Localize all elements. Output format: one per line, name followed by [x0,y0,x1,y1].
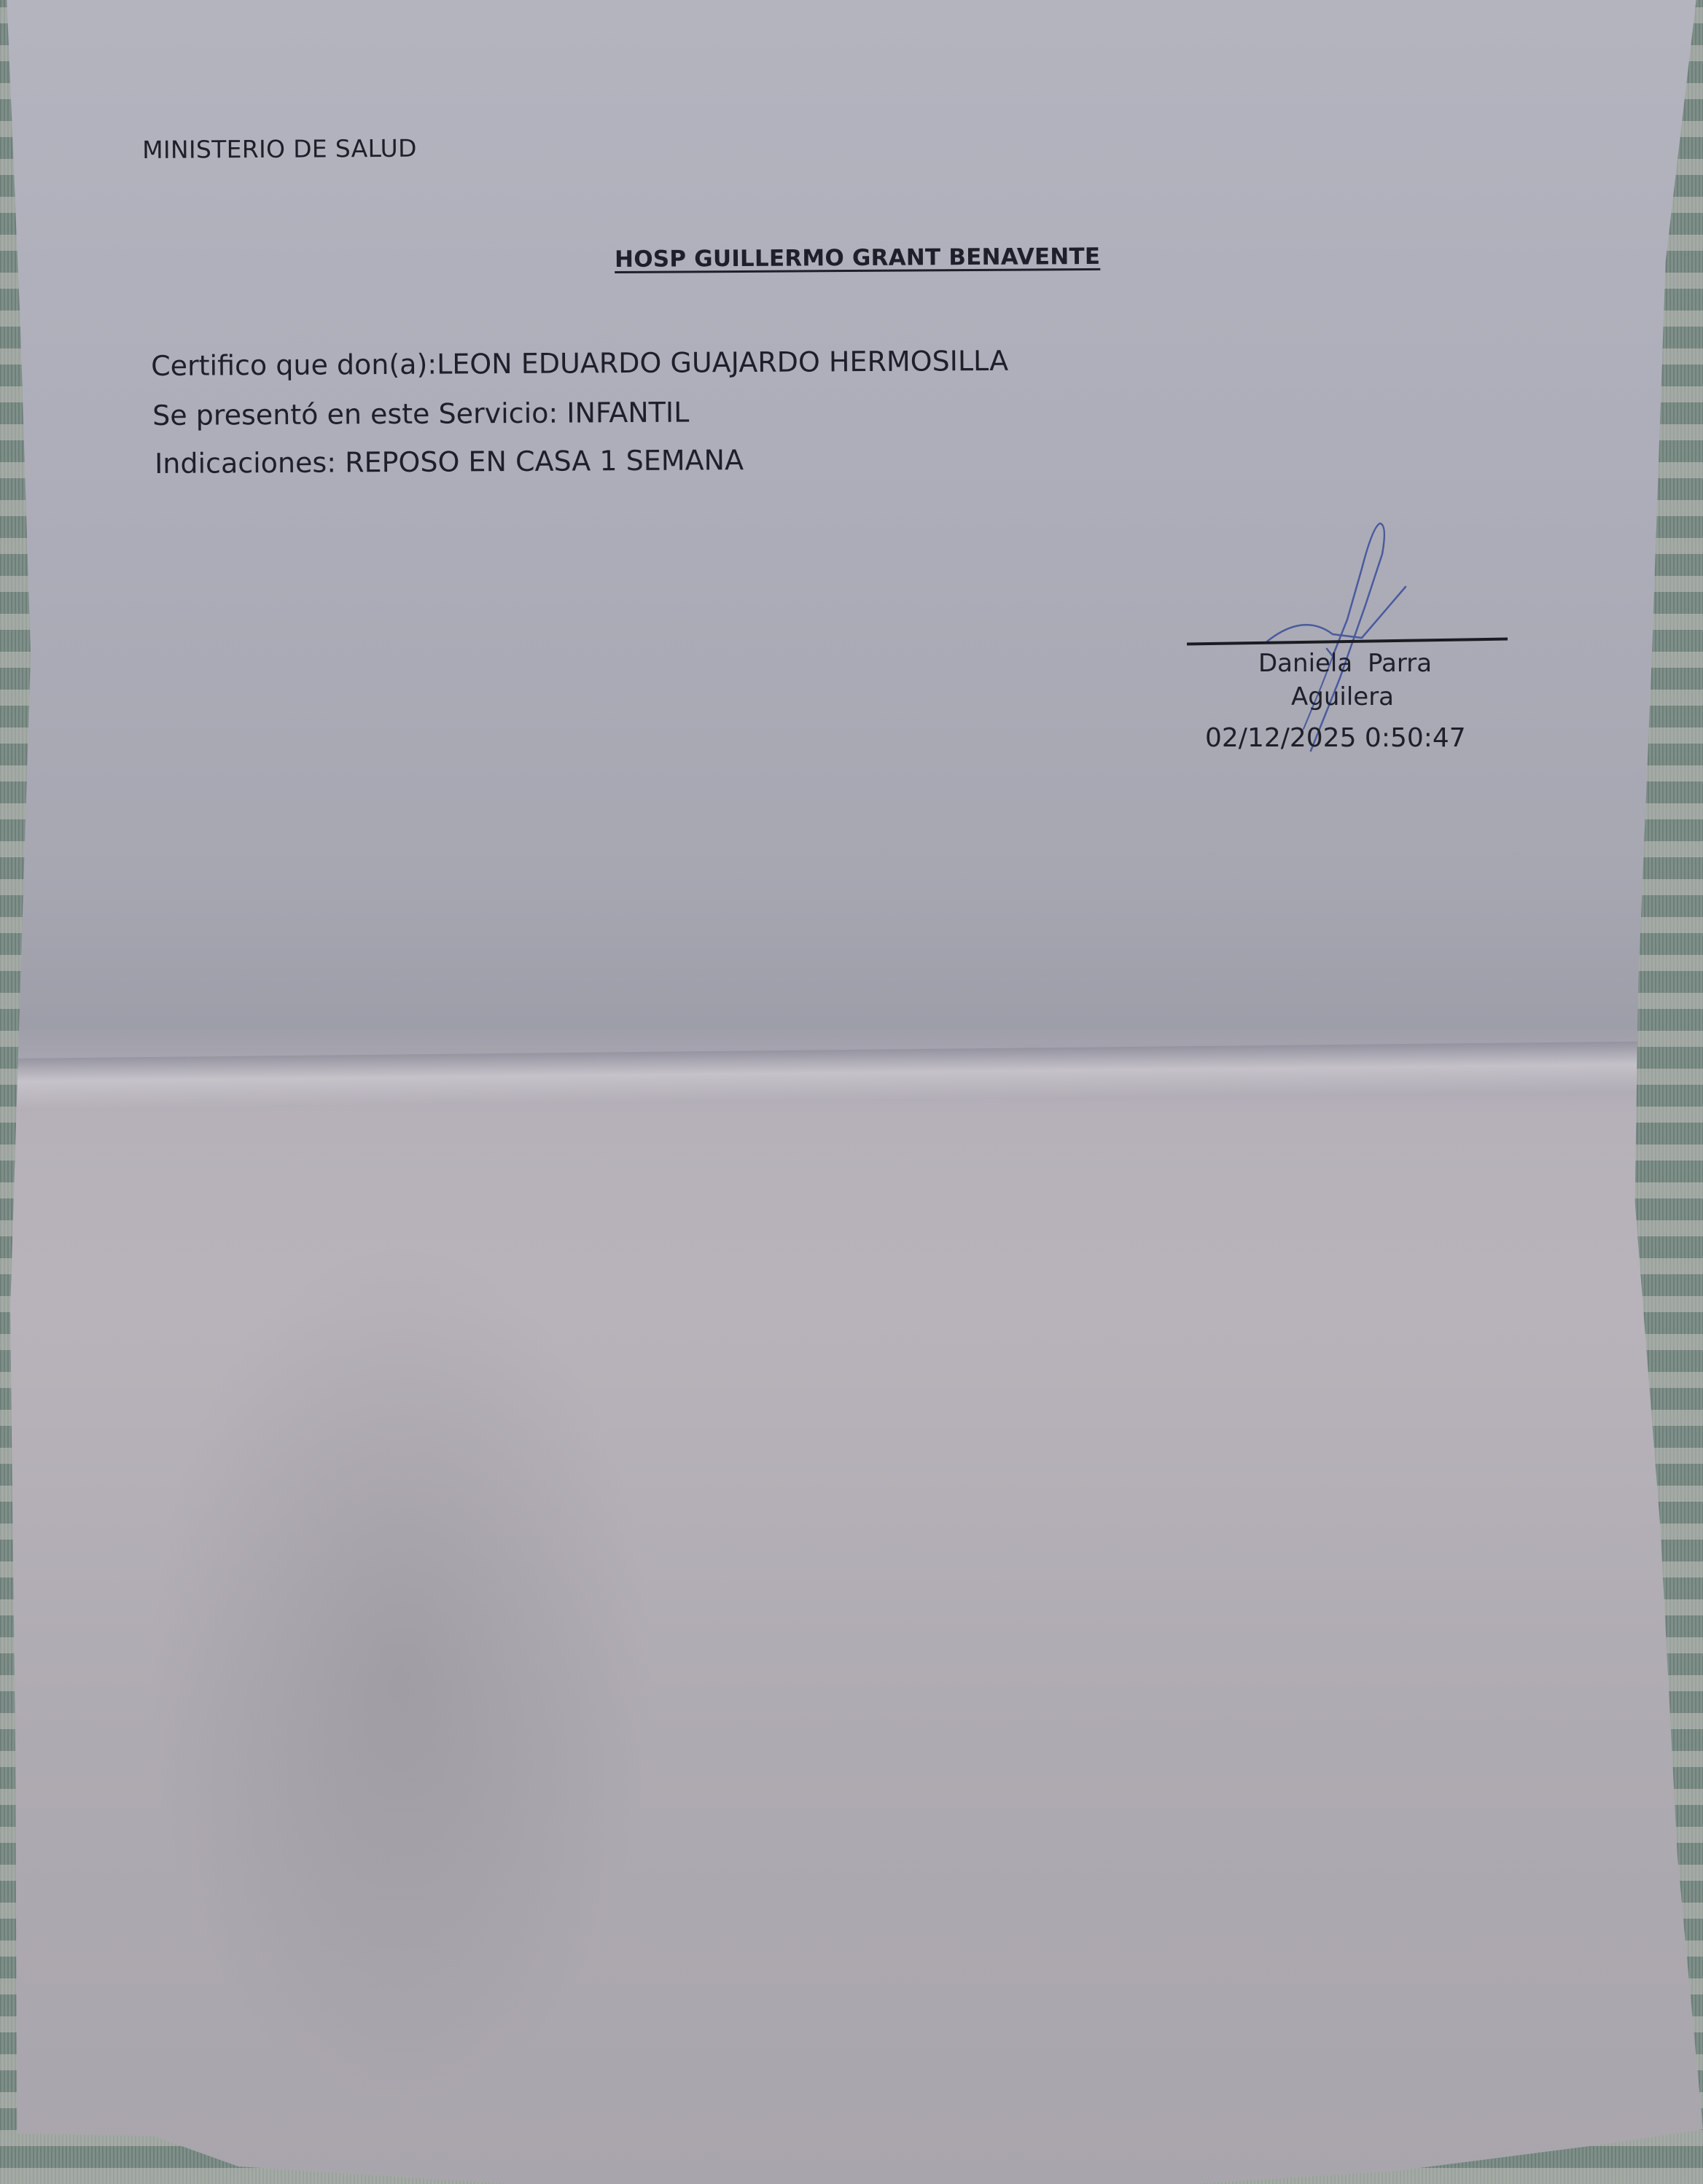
indications-value: REPOSO EN CASA 1 SEMANA [345,444,744,478]
signature-block: Daniela Parra Aguilera 02/12/2025 0:50:4… [1187,510,1508,780]
signature-datetime: 02/12/2025 0:50:47 [1205,723,1466,753]
signer-surname: Aguilera [1291,682,1394,711]
ministry-header: MINISTERIO DE SALUD [142,134,417,164]
patient-name: LEON EDUARDO GUAJARDO HERMOSILLA [437,345,1008,381]
indications-label: Indicaciones: [155,446,345,480]
certificate-paper [0,0,1703,2184]
signer-name: Daniela Parra [1258,649,1432,678]
certification-line: Certifico que don(a):LEON EDUARDO GUAJAR… [151,345,1008,382]
certifies-label: Certifico que don(a): [151,348,437,382]
indications-line: Indicaciones: REPOSO EN CASA 1 SEMANA [155,444,744,480]
service-value: INFANTIL [566,397,689,429]
hospital-title: HOSP GUILLERMO GRANT BENAVENTE [615,243,1100,273]
service-label: Se presentó en este Servicio: [152,397,566,432]
service-line: Se presentó en este Servicio: INFANTIL [152,397,689,432]
